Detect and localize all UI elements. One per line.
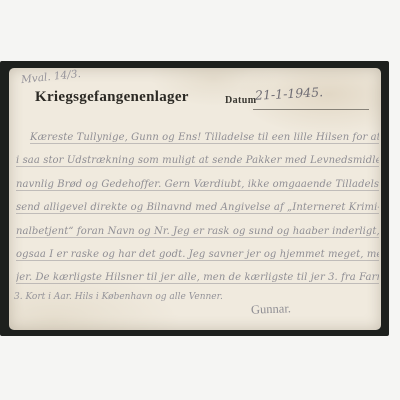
message-line: i saa stor Udstrækning som muligt at sen…: [16, 149, 379, 172]
message-body: Kæreste Tullynige, Gunn og Ens! Tilladel…: [16, 126, 379, 290]
message-line: send alligevel direkte og Bilnavnd med A…: [16, 196, 379, 219]
postscript-line: 3. Kort i Aar. Hils i København og alle …: [14, 292, 223, 302]
pencil-annotation: Mval. 14/3.: [21, 68, 82, 86]
signature: Gunnar.: [251, 301, 291, 317]
message-line: Kæreste Tullynige, Gunn og Ens! Tilladel…: [16, 126, 379, 149]
datum-label: Datum: [225, 95, 256, 106]
datum-value: 21-1-1945.: [255, 84, 324, 103]
datum-underline: [253, 109, 369, 110]
card-title: Kriegsgefangenenlager: [35, 89, 189, 106]
message-line: jer. De kærligste Hilsner til jer alle, …: [16, 266, 379, 289]
postcard: Mval. 14/3. Kriegsgefangenenlager Datum …: [9, 68, 381, 330]
message-line: ogsaa I er raske og har det godt. Jeg sa…: [16, 243, 379, 266]
postcard-photo[interactable]: Mval. 14/3. Kriegsgefangenenlager Datum …: [0, 61, 389, 336]
message-line: nalbetjent“ foran Navn og Nr. Jeg er ras…: [16, 220, 379, 243]
message-line: navnlig Brød og Gedehoffer. Gern Værdiub…: [16, 173, 379, 196]
